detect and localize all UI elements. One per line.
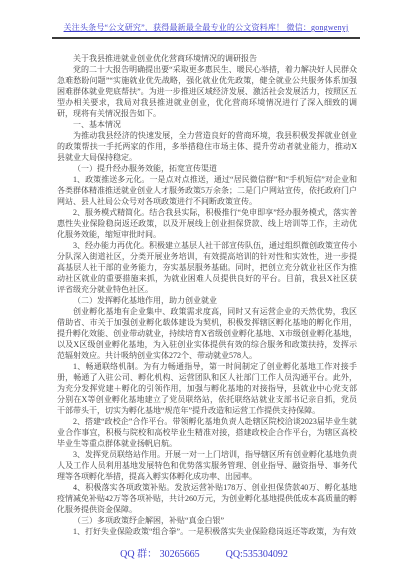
paragraph: 2、搭建“政校企”合作平台。带领孵化基地负责人赴辖区院校洽谈2023届毕业生就业… [57,416,357,449]
paragraph: 3、经办能力再优化。积极建立基层人社干部宣传队伍，通过组织微创政策宣传小分队深入… [57,240,357,295]
paragraph: 1、畅通联络机制。为有力畅通指导，第一时间制定了创业孵化基地工作对接手册，畅通了… [57,361,357,416]
footer-contact: QQ 群： 30265665QQ:535304092 [0,545,408,560]
paragraph: 3、发挥党员联络站作用。开展一对一上门培训，指导辖区所有创业孵化基地负责人及工作… [57,449,357,482]
section-heading: 一、基本情况 [57,119,357,130]
paragraph: 4、积极落实各项政策补贴。发放运营补贴178万、创业担保贷款40万、孵化基地疫情… [57,482,357,515]
header-notice: 关注头条号“公文研究”，获得最新最全最专业的公文资料库！ 微信：gongweny… [52,22,360,39]
document-body: 关于我县推进就业创业优化营商环境情况的调研报告 党的二十大报告明确提出要“采取更… [57,53,357,537]
paragraph: 创业孵化基地有企业集中、政策需求度高，同时又有运营企业的天然优势，我区借助省、市… [57,306,357,361]
paragraph: 党的二十大报告明确提出要“采取更多惠民生、暖民心举措，着力解决好人民群众急难愁盼… [57,64,357,119]
paragraph: 1、打好失业保险政策“组合拳”。一是积极落实失业保险稳岗返还等政策，为有效 [57,526,357,537]
section-heading: （二）发挥孵化基地作用，助力创业就业 [57,295,357,306]
section-heading: （一）提升经办服务效能，拓宽宣传渠道 [57,163,357,174]
paragraph: 为推动我县经济的快速发展，全力营造良好的营商环境，我县积极发挥就业创业的政策帮扶… [57,130,357,163]
footer-qq: QQ:535304092 [226,549,288,560]
document-page: 关注头条号“公文研究”，获得最新最全最专业的公文资料库！ 微信：gongweny… [0,0,408,580]
footer-qq-group: QQ 群： 30265665 [120,545,199,560]
paragraph: 1、政策推送多元化。一是点对点推送，通过“居民微信群”和“手机短信”对企业和各类… [57,174,357,207]
doc-title: 关于我县推进就业创业优化营商环境情况的调研报告 [57,53,357,64]
section-heading: （三）多项政策纾企解困，补贴“真金白银” [57,515,357,526]
paragraph: 2、服务模式精简化。结合我县实际，积极推行“免申即享”经办服务模式，落实普惠性失… [57,207,357,240]
